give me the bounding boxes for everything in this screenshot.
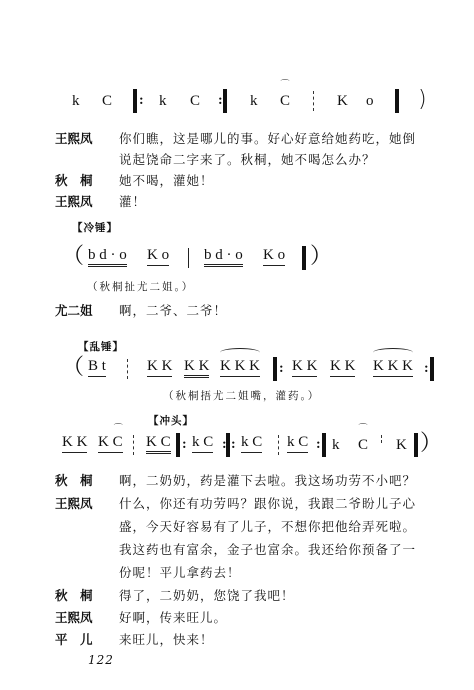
repeat-dots: : (231, 432, 236, 458)
bar-line (278, 435, 280, 455)
percussion-label: 【冲头】 (148, 413, 194, 428)
repeat-bar (226, 433, 230, 457)
note-group: k C (241, 432, 262, 453)
note-k: k (72, 88, 80, 114)
speech-text: 灌！ (119, 192, 146, 212)
note-c: C (190, 88, 200, 114)
notation-row-luanchui: （ >B t K K K K K K K : K K K K K K K : (0, 356, 474, 382)
note-group: K C (146, 432, 171, 454)
final-bar (302, 246, 306, 270)
note-group: k C (192, 432, 213, 453)
repeat-bar (176, 433, 180, 457)
note-group: b d · o (204, 245, 243, 267)
repeat-bar (430, 357, 434, 381)
notation-row-1: k C : k C : k ⌒C K o ) (0, 88, 474, 114)
speech-continuation: 盛，今天好容易有了儿子，不想你把他给弄死啦。 (119, 517, 416, 537)
speech-text: 啊，二爷、二爷！ (119, 301, 227, 321)
note-group: K K (62, 432, 87, 453)
stage-direction: （秋桐捂尤二姐嘴，灌药。） (163, 388, 320, 403)
note-group-accent: >B t (88, 356, 106, 377)
speech-continuation: 说起饶命二字来了。秋桐，她不喝怎么办？ (119, 150, 376, 170)
bar-line (127, 359, 129, 379)
repeat-bar (322, 433, 326, 457)
repeat-bar (223, 89, 227, 113)
repeat-dots: : (316, 432, 321, 458)
note-group: K K (330, 356, 355, 377)
speaker-name: 尤二姐 (55, 301, 107, 321)
speech-text: 来旺儿，快来！ (119, 630, 214, 650)
speech-text: 啊，二奶奶，药是灌下去啦。我这场功劳不小吧？ (119, 471, 416, 491)
note-c-accent: ⌒C (358, 432, 368, 458)
speaker-name: 王熙凤 (55, 494, 107, 514)
note-k: k (332, 432, 340, 458)
speaker-name: 王熙凤 (55, 129, 107, 149)
speaker-name: 王熙凤 (55, 192, 107, 212)
repeat-dots: : (279, 356, 284, 382)
final-bar (395, 89, 399, 113)
final-bar (414, 433, 418, 457)
repeat-bar (273, 357, 277, 381)
note-k: k (159, 88, 167, 114)
percussion-label: 【冷锤】 (72, 220, 118, 235)
close-paren: ) (418, 86, 427, 114)
note-group: K K (147, 356, 172, 377)
fermata-mark: ⌒ (358, 423, 368, 433)
note-group: K K (292, 356, 317, 377)
note-c-accent: ⌒C (280, 88, 290, 114)
note-group: K o (147, 245, 169, 266)
stage-direction: （秋桐扯尤二姐。） (87, 279, 194, 294)
repeat-bar (133, 89, 137, 113)
speech-text: 好啊，传来旺儿。 (119, 608, 227, 628)
notation-row-chongtou: K K ⌒K C K C : k C : : k C k C : k ⌒C K … (0, 432, 474, 458)
repeat-dots: : (424, 356, 429, 382)
fermata-mark: ⌒ (106, 423, 131, 433)
speaker-name: 王熙凤 (55, 608, 107, 628)
note-group-slur: K K K (373, 356, 413, 377)
note-group-slur: K K K (220, 356, 260, 377)
repeat-dots: : (182, 432, 187, 458)
bar-line (133, 435, 135, 455)
note-group: K K (184, 356, 209, 378)
note-c: C (102, 88, 112, 114)
note-group: K o (263, 245, 285, 266)
note-K: K (337, 88, 348, 114)
speaker-name: 秋 桐 (55, 586, 107, 606)
page-number: 122 (88, 653, 114, 667)
accent-mark: > (88, 345, 106, 355)
speaker-name: 秋 桐 (55, 171, 107, 191)
speaker-name: 秋 桐 (55, 471, 107, 491)
fermata-mark: ⌒ (280, 79, 290, 89)
open-paren: （ (62, 354, 84, 382)
speech-text: 什么，你还有功劳吗？跟你说，我跟二爷盼儿子心 (119, 494, 416, 514)
speech-text: 得了，二奶奶，您饶了我吧！ (119, 586, 295, 606)
note-group-accent: ⌒K C (98, 432, 123, 453)
open-paren: （ (62, 243, 84, 271)
book-page: k C : k C : k ⌒C K o ) 王熙凤 你们瞧，这是哪儿的事。好心… (0, 0, 474, 690)
notation-row-lengchui: （ b d · o K o b d · o K o ） (0, 245, 474, 271)
note-K: K (396, 432, 407, 458)
slur-arc (220, 348, 260, 357)
bar-line (313, 91, 315, 111)
speech-text: 她不喝，灌她！ (119, 171, 214, 191)
close-paren: ） (420, 430, 442, 458)
bar-line (188, 248, 189, 268)
repeat-dots: : (218, 88, 223, 114)
speech-continuation: 我这药也有富余，金子也富余。我还给你预备了一 (119, 540, 416, 560)
close-paren: ） (310, 243, 332, 271)
note-group: k C (287, 432, 308, 453)
speech-continuation: 份呢！平儿拿药去！ (119, 563, 241, 583)
repeat-dots: : (139, 88, 144, 114)
note-group: b d · o (88, 245, 127, 267)
speaker-name: 平 儿 (55, 630, 107, 650)
speech-text: 你们瞧，这是哪儿的事。好心好意给她药吃，她倒 (119, 129, 416, 149)
slur-arc (373, 348, 413, 357)
note-o: o (366, 88, 374, 114)
note-k: k (250, 88, 258, 114)
bar-line (381, 435, 383, 443)
